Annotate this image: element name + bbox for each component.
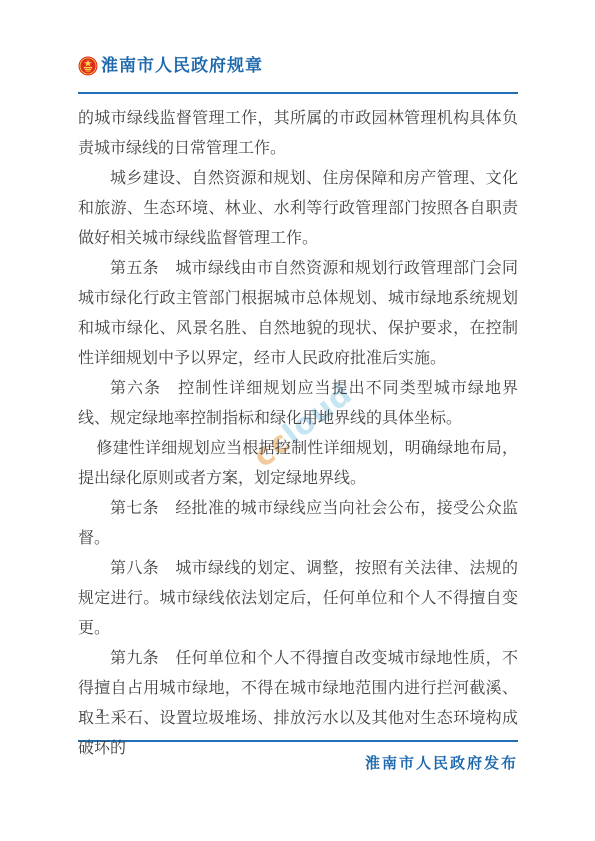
paragraph: 城乡建设、自然资源和规划、住房保障和房产管理、文化和旅游、生态环境、林业、水利等… <box>78 164 518 254</box>
page-header-title: 淮南市人民政府规章 <box>101 56 263 76</box>
national-emblem-icon <box>78 56 98 76</box>
document-body: 的城市绿线监督管理工作，其所属的市政园林管理机构具体负责城市绿线的日常管理工作。… <box>78 104 518 764</box>
paragraph-continuation: 的城市绿线监督管理工作，其所属的市政园林管理机构具体负责城市绿线的日常管理工作。 <box>78 104 518 164</box>
paragraph-article-9: 第九条 任何单位和个人不得擅自改变城市绿地性质，不得擅自占用城市绿地，不得在城市… <box>78 644 518 764</box>
header-divider <box>78 92 518 94</box>
paragraph-article-8: 第八条 城市绿线的划定、调整，按照有关法律、法规的规定进行。城市绿线依法划定后，… <box>78 554 518 644</box>
paragraph-article-6: 第六条 控制性详细规划应当提出不同类型城市绿地界线、规定绿地率控制指标和绿化用地… <box>78 374 518 434</box>
page-header: 淮南市人民政府规章 <box>78 56 518 76</box>
paragraph-article-7: 第七条 经批准的城市绿线应当向社会公布，接受公众监督。 <box>78 494 518 554</box>
paragraph-article-5: 第五条 城市绿线由市自然资源和规划行政管理部门会同城市绿化行政主管部门根据城市总… <box>78 254 518 374</box>
paragraph: 修建性详细规划应当根据控制性详细规划，明确绿地布局，提出绿化原则或者方案，划定绿… <box>78 434 518 494</box>
document-page: 淮南市人民政府规章 ccloud 的城市绿线监督管理工作，其所属的市政园林管理机… <box>0 0 595 841</box>
